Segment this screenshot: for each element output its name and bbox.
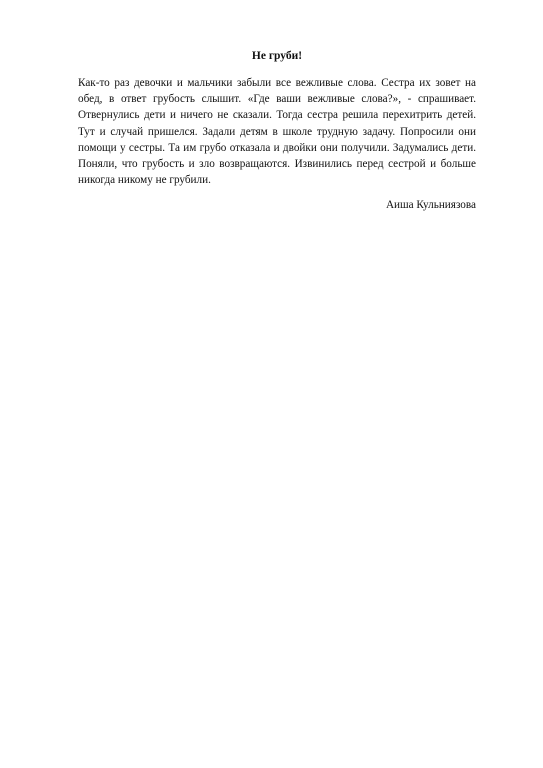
document-title: Не груби! (78, 48, 476, 64)
document-author: Аиша Кульниязова (78, 197, 476, 213)
document-body: Как-то раз девочки и мальчики забыли все… (78, 75, 476, 188)
document-page: Не груби! Как-то раз девочки и мальчики … (78, 48, 476, 213)
